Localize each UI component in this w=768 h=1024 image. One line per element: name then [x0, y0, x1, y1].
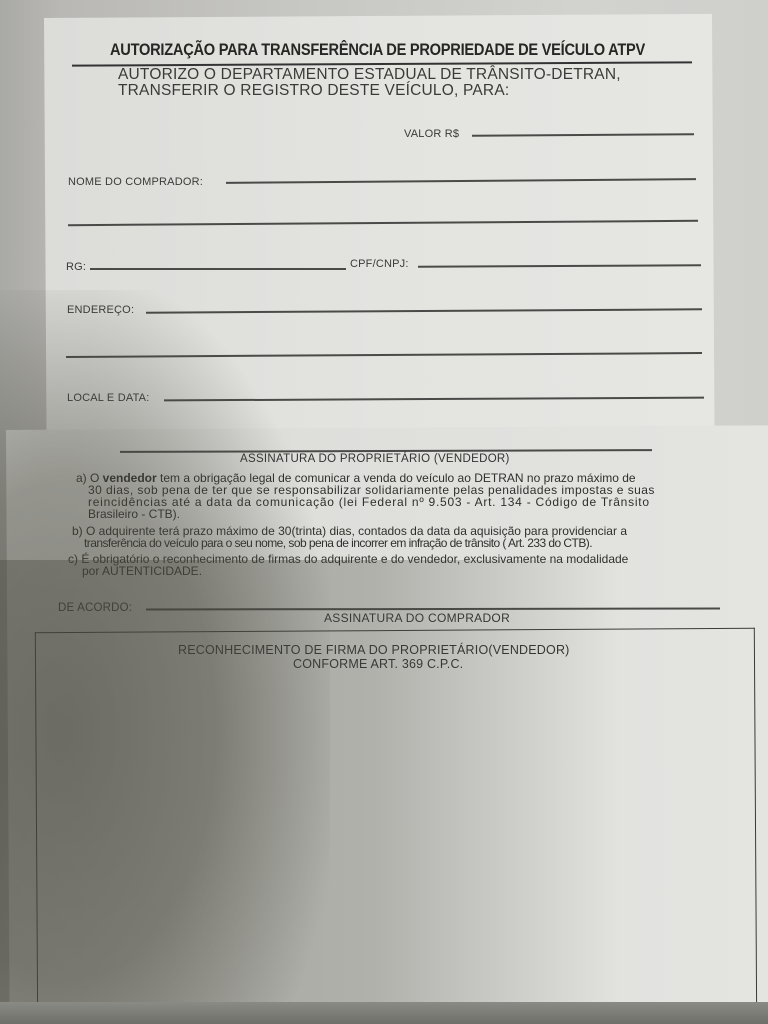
local-data-label: LOCAL E DATA:	[67, 392, 149, 404]
note-a-line4: Brasileiro - CTB).	[88, 509, 180, 521]
endereco-label: ENDEREÇO:	[67, 304, 134, 316]
seller-signature-caption: ASSINATURA DO PROPRIETÁRIO (VENDEDOR)	[240, 453, 510, 465]
notary-box-title-line2: CONFORME ART. 369 C.P.C.	[293, 657, 463, 671]
notary-box-title-line1: RECONHECIMENTO DE FIRMA DO PROPRIETÁRIO(…	[178, 643, 570, 657]
nome-comprador-label: NOME DO COMPRADOR:	[68, 176, 203, 188]
notary-recognition-box[interactable]	[35, 628, 757, 1023]
valor-label: VALOR R$	[404, 128, 459, 140]
form-title: AUTORIZAÇÃO PARA TRANSFERÊNCIA DE PROPRI…	[110, 40, 645, 60]
buyer-signature-caption: ASSINATURA DO COMPRADOR	[324, 611, 510, 625]
rg-field[interactable]	[90, 268, 346, 270]
authorization-text-line2: TRANSFERIR O REGISTRO DESTE VEÍCULO, PAR…	[118, 82, 509, 100]
cpf-cnpj-label: CPF/CNPJ:	[350, 258, 409, 270]
note-c-line2: por AUTENTICIDADE.	[82, 566, 202, 578]
de-acordo-label: DE ACORDO:	[58, 602, 132, 614]
table-edge	[0, 1002, 768, 1024]
rg-label: RG:	[66, 261, 86, 273]
note-b-line2: transferência do veículo para o seu nome…	[84, 538, 592, 550]
